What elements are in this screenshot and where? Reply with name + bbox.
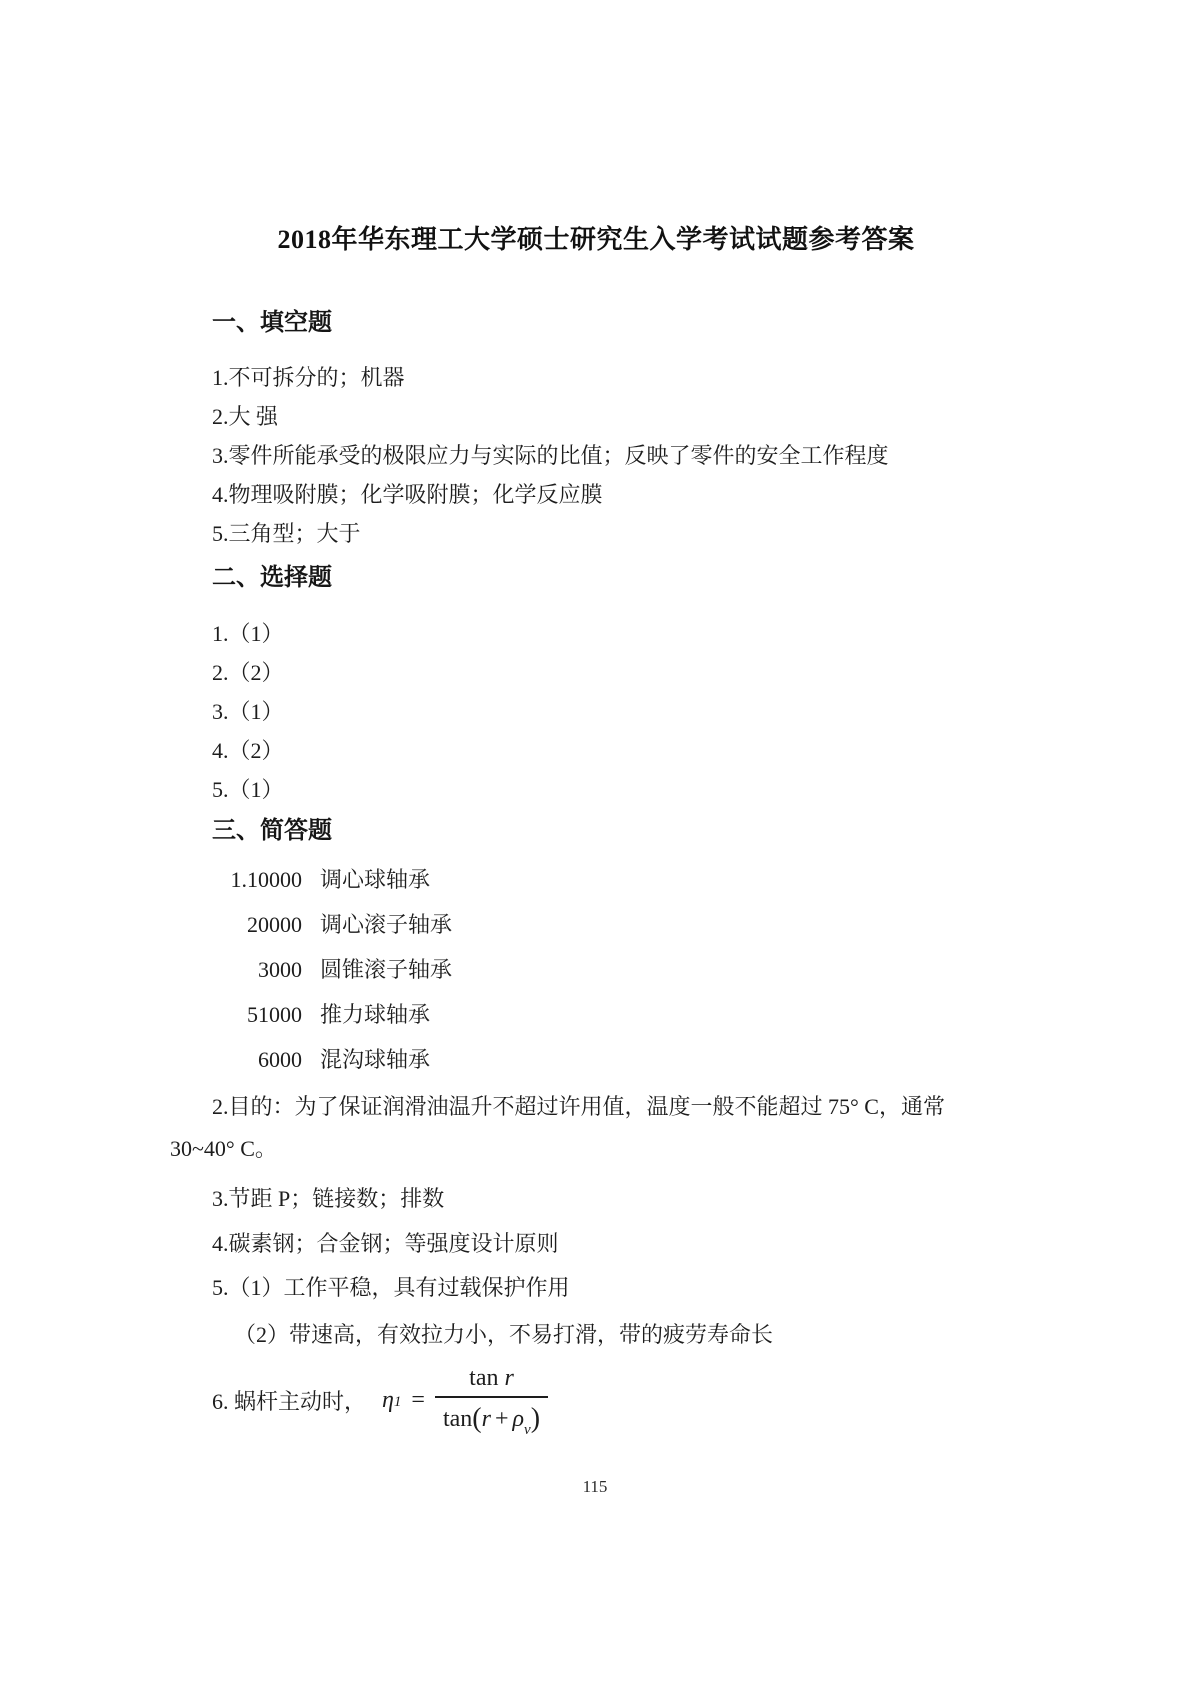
multiple-choice-answers: 1.（1） 2.（2） 3.（1） 4.（2） 5.（1） xyxy=(170,614,1022,809)
paragraph-line: 30~40° C。 xyxy=(170,1128,1022,1170)
answer-line: 4.（2） xyxy=(170,731,1022,770)
section-heading-short-answer: 三、简答题 xyxy=(170,814,1022,848)
answer-line: 2.（2） xyxy=(170,653,1022,692)
eta-symbol: η xyxy=(382,1387,394,1414)
fraction: tanr tan(r+ρv) xyxy=(435,1365,548,1437)
equals-sign: = xyxy=(411,1387,425,1414)
bearing-name: 调心球轴承 xyxy=(320,867,430,892)
document-page: 2018年华东理工大学硕士研究生入学考试试题参考答案 一、填空题 1.不可拆分的… xyxy=(0,0,1190,1683)
bearing-name: 圆锥滚子轴承 xyxy=(320,957,452,982)
short-answer-5-part-2: （2）带速高，有效拉力小，不易打滑，带的疲劳寿命长 xyxy=(170,1315,1022,1355)
bearing-name: 调心滚子轴承 xyxy=(320,912,452,937)
paragraph-line: 2.目的：为了保证润滑油温升不超过许用值，温度一般不能超过 75° C，通常 xyxy=(170,1086,1022,1128)
bearing-code: 3000 xyxy=(170,947,302,992)
efficiency-formula: η1 = tanr tan(r+ρv) xyxy=(382,1365,548,1437)
short-answer-6: 6. 蜗杆主动时， η1 = tanr tan(r+ρv) xyxy=(170,1365,1022,1437)
short-answer-4: 4.碳素钢；合金钢；等强度设计原则 xyxy=(170,1224,1022,1264)
answer-line: 5.（1） xyxy=(170,770,1022,809)
bearing-row: 1.10000调心球轴承 xyxy=(170,857,1022,902)
bearing-code: 51000 xyxy=(170,992,302,1037)
short-answer-2: 2.目的：为了保证润滑油温升不超过许用值，温度一般不能超过 75° C，通常 3… xyxy=(170,1086,1022,1170)
bearing-code: 20000 xyxy=(170,902,302,947)
fraction-denominator: tan(r+ρv) xyxy=(435,1396,548,1437)
eta-subscript: 1 xyxy=(394,1394,402,1411)
bearing-code: 1.10000 xyxy=(170,857,302,902)
answer-line: 5.三角型；大于 xyxy=(170,514,1022,553)
fraction-numerator: tanr xyxy=(435,1365,548,1396)
bearing-row: 20000调心滚子轴承 xyxy=(170,902,1022,947)
bearing-row: 3000圆锥滚子轴承 xyxy=(170,947,1022,992)
answer-line: 2.大 强 xyxy=(170,397,1022,436)
answer-line: 3.（1） xyxy=(170,692,1022,731)
section-heading-multiple-choice: 二、选择题 xyxy=(170,561,1022,595)
formula-lead-text: 6. 蜗杆主动时， xyxy=(212,1385,366,1416)
answer-line: 4.物理吸附膜；化学吸附膜；化学反应膜 xyxy=(170,475,1022,514)
document-content: 2018年华东理工大学硕士研究生入学考试试题参考答案 一、填空题 1.不可拆分的… xyxy=(0,0,1190,1437)
bearing-name: 推力球轴承 xyxy=(320,1002,430,1027)
bearing-row: 51000推力球轴承 xyxy=(170,992,1022,1037)
bearing-code-list: 1.10000调心球轴承 20000调心滚子轴承 3000圆锥滚子轴承 5100… xyxy=(170,857,1022,1082)
answer-line: 3.零件所能承受的极限应力与实际的比值；反映了零件的安全工作程度 xyxy=(170,436,1022,475)
bearing-name: 混沟球轴承 xyxy=(320,1047,430,1072)
answer-line: 1.不可拆分的；机器 xyxy=(170,358,1022,397)
section-heading-fill-in-blanks: 一、填空题 xyxy=(170,306,1022,340)
short-answer-5-part-1: 5.（1）工作平稳，具有过载保护作用 xyxy=(170,1268,1022,1308)
fill-in-blanks-answers: 1.不可拆分的；机器 2.大 强 3.零件所能承受的极限应力与实际的比值；反映了… xyxy=(170,358,1022,553)
document-title: 2018年华东理工大学硕士研究生入学考试试题参考答案 xyxy=(170,0,1022,262)
bearing-code: 6000 xyxy=(170,1037,302,1082)
answer-line: 1.（1） xyxy=(170,614,1022,653)
page-number: 115 xyxy=(0,1477,1190,1497)
short-answer-3: 3.节距 P；链接数；排数 xyxy=(170,1179,1022,1219)
bearing-row: 6000混沟球轴承 xyxy=(170,1037,1022,1082)
